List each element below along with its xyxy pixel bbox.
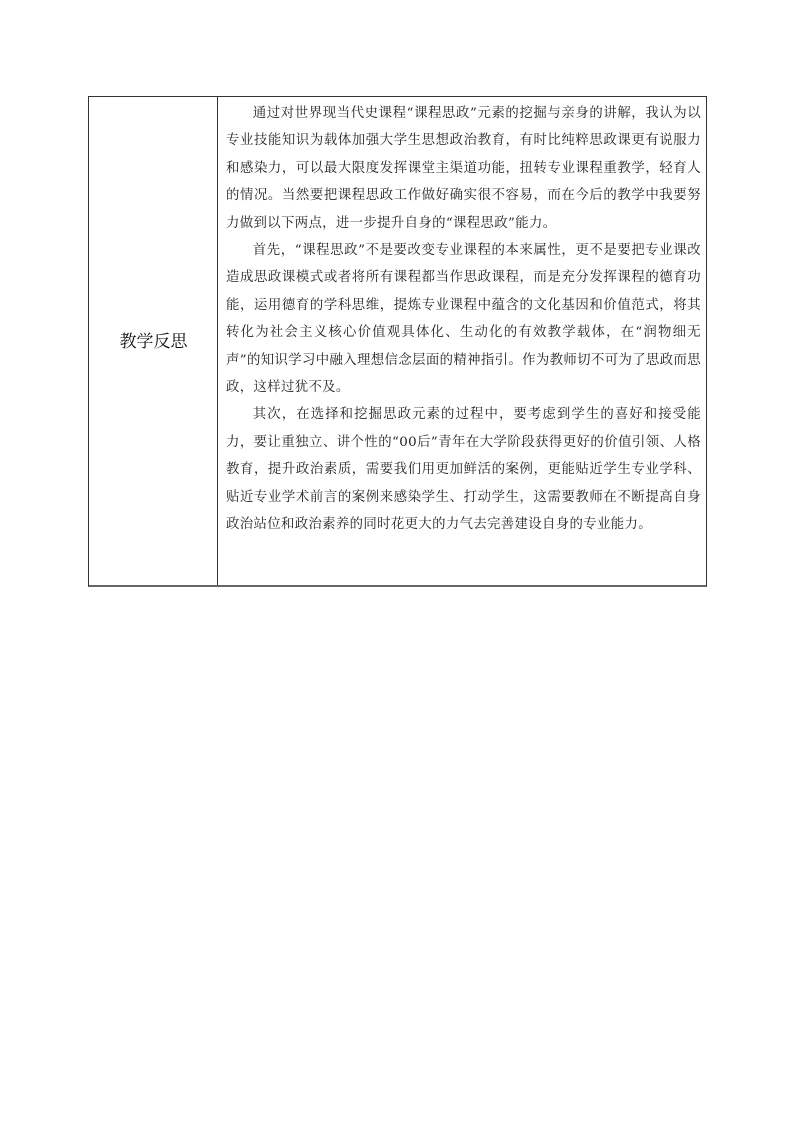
reflection-table: 教学反思 通过对世界现当代史课程“课程思政”元素的挖掘与亲身的讲解，我认为以专业… — [88, 96, 707, 587]
paragraph-1: 通过对世界现当代史课程“课程思政”元素的挖掘与亲身的讲解，我认为以专业技能知识为… — [226, 100, 701, 237]
row-label: 教学反思 — [89, 327, 218, 352]
paragraph-3: 其次，在选择和挖掘思政元素的过程中，要考虑到学生的喜好和接受能力，要让重独立、讲… — [226, 401, 701, 538]
label-cell: 教学反思 — [89, 97, 218, 585]
content-cell: 通过对世界现当代史课程“课程思政”元素的挖掘与亲身的讲解，我认为以专业技能知识为… — [219, 97, 706, 539]
paragraph-2: 首先，“课程思政”不是要改变专业课程的本来属性，更不是要把专业课改造成思政课模式… — [226, 237, 701, 401]
